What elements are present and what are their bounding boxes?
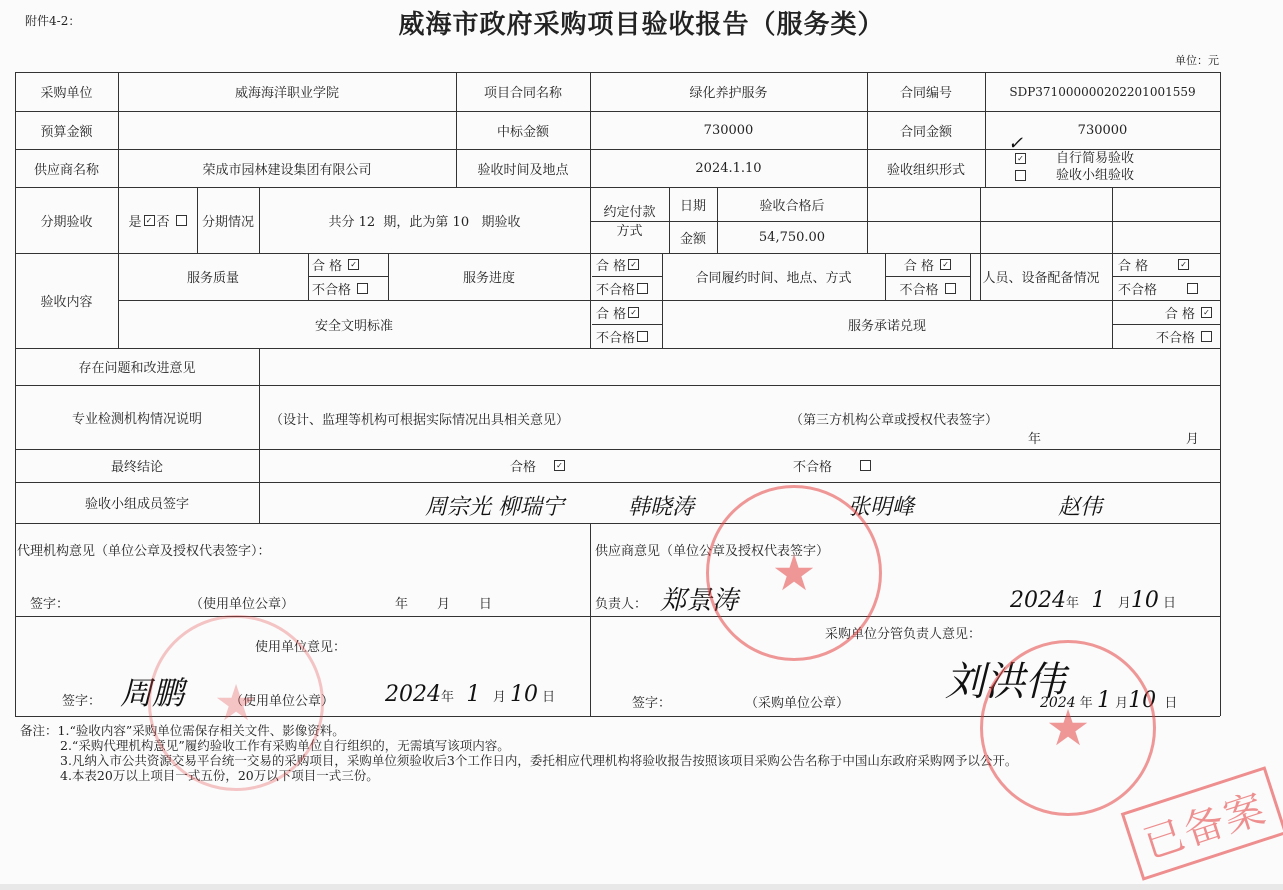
month-handwritten: 1 xyxy=(466,682,480,707)
checkbox-icon[interactable] xyxy=(1015,170,1026,181)
pass-label: 合 格 xyxy=(1118,255,1148,274)
checkbox-icon[interactable] xyxy=(637,331,648,342)
supplier-seal-stamp: ★ xyxy=(706,485,882,661)
agency-date: 年 月 日 xyxy=(395,593,492,612)
note-item: 4.本表20万以上项目一式五份，20万以下项目一式三份。 xyxy=(20,768,1017,783)
pass-label: 合 格 xyxy=(596,303,626,322)
pass-label: 合 格 xyxy=(1165,303,1195,322)
installment-yes-label: 是 xyxy=(128,211,141,230)
team-signature-4: 赵伟 xyxy=(1058,490,1102,521)
contract-no-value: SDP371000000202201001559 xyxy=(985,72,1220,111)
purchaser-seal-stamp: ★ xyxy=(980,640,1156,816)
installment-no-label: 否 xyxy=(157,211,170,230)
org-form-option-team[interactable]: 验收小组验收 xyxy=(1015,167,1134,184)
conclusion-label: 最终结论 xyxy=(15,449,259,482)
purchaser-label: 采购单位 xyxy=(15,72,118,111)
agency-sign-label: 签字： xyxy=(30,593,69,612)
budget-value xyxy=(118,111,456,149)
inspection-label: 专业检测机构情况说明 xyxy=(15,385,259,449)
day-label: 日 xyxy=(1163,596,1176,611)
supplier-value: 荣成市园林建设集团有限公司 xyxy=(118,149,456,187)
org-form-options: ✓自行简易验收 验收小组验收 xyxy=(1015,150,1134,184)
acceptance-item-staff-equipment: 人员、设备配备情况 xyxy=(970,253,1112,300)
service-quality-fail[interactable]: 不合格 xyxy=(312,276,388,300)
payment-amount-label: 金额 xyxy=(669,221,717,253)
year-label: 年 xyxy=(395,597,408,612)
conclusion-pass[interactable]: 合格✓ xyxy=(510,449,590,482)
team-signature-2: 韩晓涛 xyxy=(628,490,694,521)
team-signature-1: 周宗光 柳瑞宁 xyxy=(425,490,564,521)
year-handwritten: 2024 xyxy=(1010,588,1066,613)
acceptance-item-service-quality: 服务质量 xyxy=(118,253,308,300)
pass-label: 合 格 xyxy=(596,255,626,274)
contract-name-value: 绿化养护服务 xyxy=(590,72,867,111)
contract-no-label: 合同编号 xyxy=(867,72,985,111)
installment-label: 分期验收 xyxy=(15,187,118,253)
org-form-option-self[interactable]: ✓自行简易验收 xyxy=(1015,150,1134,167)
day-label: 日 xyxy=(1164,696,1177,711)
checkbox-icon[interactable] xyxy=(357,283,368,294)
notes-prefix: 备注： xyxy=(20,723,58,738)
service-progress-pass[interactable]: 合 格✓ xyxy=(596,253,662,276)
fail-label: 不合格 xyxy=(1156,327,1195,346)
user-date: 2024年 1 月 10 日 xyxy=(385,682,555,707)
month-label: 月 xyxy=(437,597,450,612)
bid-amount-value: 730000 xyxy=(590,111,867,149)
pass-label: 合格 xyxy=(510,456,536,475)
page-title: 威海市政府采购项目验收报告（服务类） xyxy=(0,4,1283,41)
user-seal-stamp: ★ xyxy=(148,615,324,791)
checkbox-checked-icon[interactable]: ✓ xyxy=(628,259,639,270)
checkbox-icon[interactable] xyxy=(1201,331,1212,342)
installment-status-value: 共分 12 期，此为第 10 期验收 xyxy=(259,187,590,253)
checkbox-icon[interactable] xyxy=(176,215,187,226)
service-commitment-fail[interactable]: 不合格 xyxy=(1118,324,1218,348)
inspection-date: 年 月 日 xyxy=(1028,428,1283,447)
star-icon: ★ xyxy=(772,544,817,602)
time-place-value: 2024.1.10 xyxy=(590,149,867,187)
day-handwritten: 10 xyxy=(1131,588,1159,613)
checkbox-checked-icon[interactable]: ✓ xyxy=(940,259,951,270)
fail-label: 不合格 xyxy=(596,327,635,346)
acceptance-item-service-commitment: 服务承诺兑现 xyxy=(662,300,1112,348)
contract-name-label: 项目合同名称 xyxy=(456,72,590,111)
team-sign-label: 验收小组成员签字 xyxy=(15,482,259,523)
purchaser-sign-label: 签字： xyxy=(632,692,671,711)
acceptance-item-contract-performance: 合同履约时间、地点、方式 xyxy=(662,253,885,300)
filed-stamp: 已备案 xyxy=(1121,766,1283,880)
year-label: 年 xyxy=(441,690,454,705)
fail-label: 不合格 xyxy=(312,279,351,298)
bid-amount-label: 中标金额 xyxy=(456,111,590,149)
budget-label: 预算金额 xyxy=(15,111,118,149)
checkbox-checked-icon[interactable]: ✓ xyxy=(628,307,639,318)
checkbox-icon[interactable] xyxy=(860,460,871,471)
payment-date-label: 日期 xyxy=(669,187,717,221)
safety-pass[interactable]: 合 格✓ xyxy=(596,300,662,324)
fail-label: 不合格 xyxy=(1118,279,1157,298)
inspection-sign-note: （第三方机构公章或授权代表签字） xyxy=(790,409,998,428)
day-label: 日 xyxy=(542,690,555,705)
month-label: 月 xyxy=(1118,596,1131,611)
purchaser-seal-note: （采购单位公章） xyxy=(745,692,849,711)
acceptance-label: 验收内容 xyxy=(15,253,118,348)
checkbox-icon[interactable] xyxy=(637,283,648,294)
year-label: 年 xyxy=(1028,432,1041,447)
issues-label: 存在问题和改进意见 xyxy=(15,348,259,385)
supplier-date: 2024年 1 月10 日 xyxy=(1010,588,1176,613)
staff-equipment-pass[interactable]: 合 格✓ xyxy=(1118,253,1218,276)
day-handwritten: 10 xyxy=(510,682,538,707)
user-sign-label: 签字： xyxy=(62,690,101,709)
payment-amount-value: 54,750.00 xyxy=(717,221,867,253)
month-label: 月 xyxy=(493,690,506,705)
org-form-option-label: 验收小组验收 xyxy=(1056,168,1134,183)
fail-label: 不合格 xyxy=(596,279,635,298)
supplier-label: 供应商名称 xyxy=(15,149,118,187)
contract-performance-pass[interactable]: 合 格✓ xyxy=(885,253,970,276)
year-label: 年 xyxy=(1066,596,1079,611)
acceptance-item-safety: 安全文明标准 xyxy=(118,300,590,348)
checkbox-checked-icon[interactable]: ✓ xyxy=(1178,259,1189,270)
agency-opinion-label: 代理机构意见（单位公章及授权代表签字）： xyxy=(17,540,271,559)
org-form-option-label: 自行简易验收 xyxy=(1056,151,1134,166)
month-label: 月 xyxy=(1186,432,1199,447)
service-quality-pass[interactable]: 合 格✓ xyxy=(312,253,388,276)
checkbox-checked-icon[interactable]: ✓ xyxy=(348,259,359,270)
fail-label: 不合格 xyxy=(793,456,832,475)
purchaser-value: 威海海洋职业学院 xyxy=(118,72,456,111)
org-form-label: 验收组织形式 xyxy=(867,149,985,187)
star-icon: ★ xyxy=(214,674,259,732)
year-handwritten: 2024 xyxy=(385,682,441,707)
pass-label: 合 格 xyxy=(904,255,934,274)
inspection-note: （设计、监理等机构可根据实际情况出具相关意见） xyxy=(270,409,569,428)
checkbox-icon[interactable] xyxy=(945,283,956,294)
staff-equipment-fail[interactable]: 不合格 xyxy=(1118,276,1218,300)
month-handwritten: 1 xyxy=(1091,588,1105,613)
issues-value[interactable] xyxy=(259,348,1220,385)
handwritten-check-mark: ✓ xyxy=(1008,133,1023,154)
page-bottom-edge xyxy=(0,884,1283,890)
checkbox-checked-icon[interactable]: ✓ xyxy=(1015,153,1026,164)
checkbox-checked-icon[interactable]: ✓ xyxy=(144,215,155,226)
unit-label: 单位：元 xyxy=(1175,52,1219,68)
contract-amount-label: 合同金额 xyxy=(867,111,985,149)
pass-label: 合 格 xyxy=(312,255,342,274)
checkbox-icon[interactable] xyxy=(1187,283,1198,294)
day-label: 日 xyxy=(479,597,492,612)
agency-seal-note: （使用单位公章） xyxy=(190,593,294,612)
checkbox-checked-icon[interactable]: ✓ xyxy=(554,460,565,471)
acceptance-item-service-progress: 服务进度 xyxy=(388,253,590,300)
time-place-label: 验收时间及地点 xyxy=(456,149,590,187)
supplier-responsible-label: 负责人： xyxy=(595,593,647,612)
safety-fail[interactable]: 不合格 xyxy=(596,324,662,348)
installment-yes-no: 是✓否 xyxy=(118,187,197,253)
service-commitment-pass[interactable]: 合 格✓ xyxy=(1118,300,1218,324)
service-progress-fail[interactable]: 不合格 xyxy=(596,276,662,300)
installment-status-label: 分期情况 xyxy=(197,187,259,253)
payment-date-value: 验收合格后 xyxy=(717,187,867,221)
payment-label: 约定付款方式 xyxy=(590,187,669,253)
star-icon: ★ xyxy=(1046,699,1091,757)
conclusion-fail[interactable]: 不合格 xyxy=(793,449,913,482)
checkbox-checked-icon[interactable]: ✓ xyxy=(1201,307,1212,318)
contract-performance-fail[interactable]: 不合格 xyxy=(885,276,970,300)
fail-label: 不合格 xyxy=(899,279,938,298)
